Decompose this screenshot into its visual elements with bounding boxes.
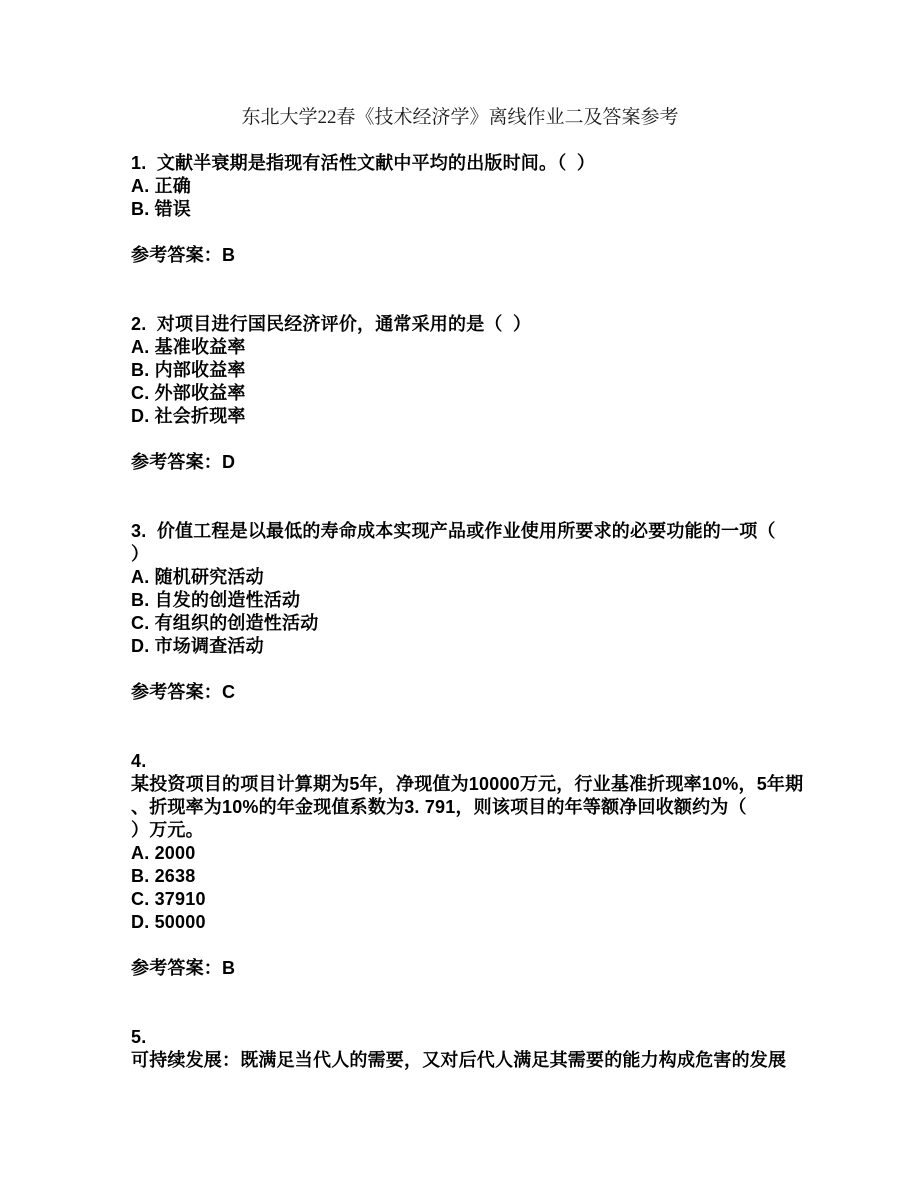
question-3-option-c: C. 有组织的创造性活动: [131, 612, 840, 635]
question-4-stem-line-2: 某投资项目的项目计算期为5年，净现值为10000万元，行业基准折现率10%，5年…: [131, 773, 840, 796]
questions-container: 1. 文献半衰期是指现有活性文献中平均的出版时间。（ ）A. 正确B. 错误参考…: [131, 152, 840, 1072]
question-4-option-b: B. 2638: [131, 865, 840, 888]
question-4-stem-line-1: 4.: [131, 750, 840, 773]
blank-line: [131, 497, 840, 520]
blank-line: [131, 428, 840, 451]
blank-line: [131, 704, 840, 727]
blank-line: [131, 474, 840, 497]
question-4-option-d: D. 50000: [131, 911, 840, 934]
question-4-answer-line: 参考答案：B: [131, 957, 840, 980]
question-3-option-b: B. 自发的创造性活动: [131, 589, 840, 612]
question-3-option-a: A. 随机研究活动: [131, 566, 840, 589]
blank-line: [131, 221, 840, 244]
blank-line: [131, 129, 840, 152]
question-2-answer-line: 参考答案：D: [131, 451, 840, 474]
question-1-stem-line-1: 1. 文献半衰期是指现有活性文献中平均的出版时间。（ ）: [131, 152, 840, 175]
question-4-option-a: A. 2000: [131, 842, 840, 865]
question-1-option-a: A. 正确: [131, 175, 840, 198]
answer-value: C: [222, 682, 235, 702]
document-page: 东北大学22春《技术经济学》离线作业二及答案参考 1. 文献半衰期是指现有活性文…: [0, 0, 920, 1191]
answer-value: B: [222, 245, 235, 265]
question-5-stem-line-2: 可持续发展：既满足当代人的需要，又对后代人满足其需要的能力构成危害的发展: [131, 1049, 840, 1072]
blank-line: [131, 267, 840, 290]
question-3-stem-line-2: ）: [131, 543, 840, 566]
question-4-stem-line-4: ）万元。: [131, 819, 840, 842]
question-2-option-a: A. 基准收益率: [131, 336, 840, 359]
blank-line: [131, 1003, 840, 1026]
blank-line: [131, 727, 840, 750]
question-2-option-b: B. 内部收益率: [131, 359, 840, 382]
question-3-answer-line: 参考答案：C: [131, 681, 840, 704]
answer-value: B: [222, 958, 235, 978]
answer-label: 参考答案：: [131, 245, 222, 265]
page-title: 东北大学22春《技术经济学》离线作业二及答案参考: [0, 106, 920, 129]
question-2-option-d: D. 社会折现率: [131, 405, 840, 428]
question-4-stem-line-3: 、折现率为10%的年金现值系数为3. 791，则该项目的年等额净回收额约为（: [131, 796, 840, 819]
blank-line: [131, 980, 840, 1003]
question-2-stem-line-1: 2. 对项目进行国民经济评价，通常采用的是（ ）: [131, 313, 840, 336]
answer-value: D: [222, 452, 235, 472]
answer-label: 参考答案：: [131, 452, 222, 472]
blank-line: [131, 658, 840, 681]
answer-label: 参考答案：: [131, 682, 222, 702]
question-4-option-c: C. 37910: [131, 888, 840, 911]
question-3-stem-line-1: 3. 价值工程是以最低的寿命成本实现产品或作业使用所要求的必要功能的一项（: [131, 520, 840, 543]
question-1-option-b: B. 错误: [131, 198, 840, 221]
question-2-option-c: C. 外部收益率: [131, 382, 840, 405]
question-1-answer-line: 参考答案：B: [131, 244, 840, 267]
question-5-stem-line-1: 5.: [131, 1026, 840, 1049]
blank-line: [131, 290, 840, 313]
answer-label: 参考答案：: [131, 958, 222, 978]
blank-line: [131, 934, 840, 957]
question-3-option-d: D. 市场调查活动: [131, 635, 840, 658]
